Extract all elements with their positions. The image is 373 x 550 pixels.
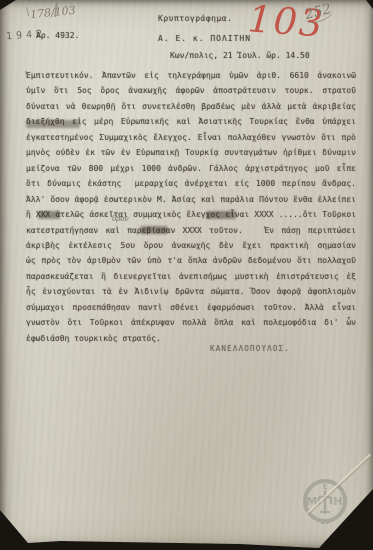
body-line: παρασκευάζεται ἢ διενεργεῖται ἀνεπισήμως…: [26, 269, 356, 284]
body-line: Ἀλλ' ὅσον ἀφορᾷ ἐσωτερικὸν Μ. Ἀσίας καὶ …: [26, 192, 356, 207]
protocol-number: Ἀρ. 4932.: [36, 31, 79, 40]
body-line: Ἐμπιστευτικόν. Ἀπαντῶν εἰς τηλεγράφημα ὑ…: [26, 68, 356, 83]
body-line: ἧς ἐνισχύονται τὰ ἐν Ἀιδινίῳ δρῶντα σώμα…: [26, 284, 356, 299]
body-line: κατεστρατήγησαν καὶ παρεβίασαν ΧΧΧΧ τοῦτ…: [26, 223, 356, 238]
handwritten-correction: ὅρον: [112, 215, 129, 223]
archive-stamp-icon: Ε Μ Η: [300, 476, 350, 526]
body-line: ἀκριβὴς ἐκτέλεσις 5ου ὅρου ἀνακωχῆς δὲν …: [26, 238, 356, 253]
dateline: Κων/πολις, 21 Ἰουλ. ὥρ. 14.50: [170, 51, 310, 60]
overtype-smudge: [26, 120, 80, 128]
paper-sheet: Κρυπτογράφημα. 1942 Ἀρ. 4932. Α. Ε. κ. Π…: [0, 0, 373, 550]
body-line: μηνὸς οὐδὲν ἐκ τῶν ἐν Εὐρωπαικῇ Τουρκίᾳ …: [26, 145, 356, 160]
body-line: σύμμαχοι προσεπάθησαν παντὶ σθένει ἐφαρμ…: [26, 300, 356, 315]
stamp-letter-right: Η: [333, 495, 342, 508]
overtype-smudge: [206, 211, 236, 219]
scanned-telegram-page: Κρυπτογράφημα. 1942 Ἀρ. 4932. Α. Ε. κ. Π…: [0, 0, 373, 550]
overtype-smudge: [38, 211, 60, 219]
overtype-smudge: [140, 226, 168, 234]
body-line: ὅτι δύναμις ἑκάστης μεραρχίας ἀνέρχεται …: [26, 176, 356, 191]
body-line: ἐφωδιάσθη τουρκικὸς στρατός.: [26, 331, 356, 346]
body-line: ὑμῖν ὅτι 5ος ὅρος ἀνακωχῆς ἀφορῶν ἀποστρ…: [26, 83, 356, 98]
signature: ΚΑΝΕΛΛΟΠΟΥΛΟΣ.: [210, 344, 290, 353]
body-line: ἢ ΧΧΧ ἀτελῶς ἀσκεῖται συμμαχικὸς ἔλεγχος…: [26, 207, 356, 222]
stamp-top-letter: Ε: [323, 483, 328, 491]
body-line: ἐγκατεστημένος Συμμαχικὸς ἔλεγχος. Εἶναι…: [26, 130, 356, 145]
recipient-line: Α. Ε. κ. ΠΟΛΙΤΗΝ: [158, 34, 251, 43]
body-line: γνωστὸν ὅτι Τοῦρκοι ἀπέκρυψαν πολλὰ ὅπλα…: [26, 315, 356, 330]
telegram-body: Ἐμπιστευτικόν. Ἀπαντῶν εἰς τηλεγράφημα ὑ…: [26, 68, 356, 346]
body-line: μείζονα τῶν 800 μέχρι 1000 ἀνδρῶν. Γάλλο…: [26, 161, 356, 176]
document-type-label: Κρυπτογράφημα.: [158, 14, 232, 23]
handwritten-archive-number: 178/103: [29, 4, 76, 22]
body-line: δύναται νὰ θεωρηθῇ ὅτι συνετελέσθη βραδέ…: [26, 99, 356, 114]
body-line: ὡς πρὸς τὸν ἀριθμὸν τῶν ὑπὸ τ'α ὅπλα ἀνδ…: [26, 253, 356, 268]
